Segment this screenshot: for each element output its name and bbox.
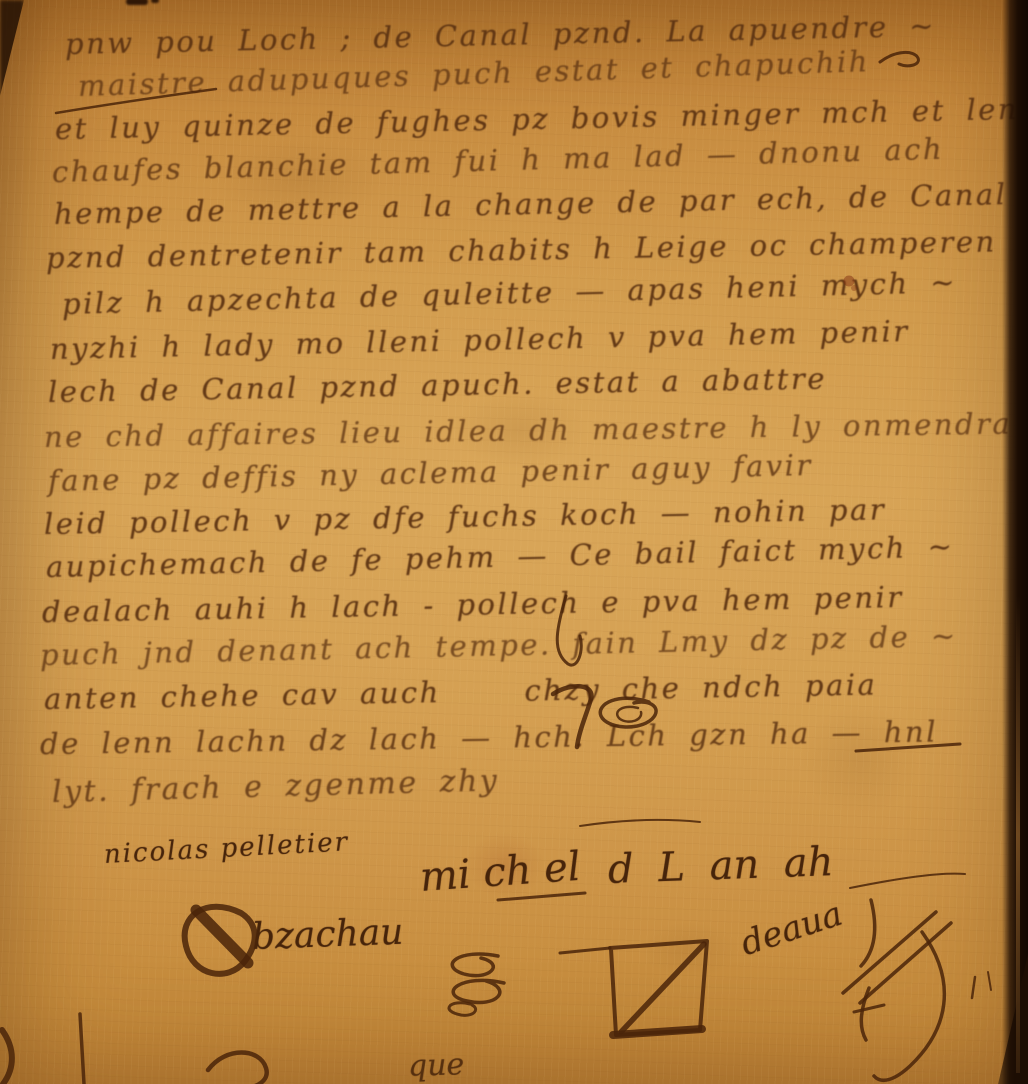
bottom-flourish <box>208 1053 267 1084</box>
delanach-tail <box>850 874 965 888</box>
page-edge-shadow <box>1002 0 1028 1084</box>
long-dash <box>856 744 960 751</box>
page-edge-highlight <box>1016 596 1020 1073</box>
initial-slash <box>196 910 248 963</box>
top-edge-mark <box>151 0 159 3</box>
top-edge-mark <box>126 0 148 5</box>
ink-flourish-overlay <box>0 0 1028 1084</box>
tick-mark <box>988 972 991 990</box>
paraph-swirl <box>453 980 504 1002</box>
paraph-swirl <box>452 954 498 976</box>
ink-blot <box>844 276 855 287</box>
paraph-swirl <box>449 1003 476 1016</box>
line-end-tilde <box>880 52 918 65</box>
manuscript-page: pnw pou Loch ; de Canal pznd. La apuendr… <box>0 0 1028 1084</box>
signature-flourish <box>843 912 936 993</box>
bottom-stroke <box>80 1014 84 1084</box>
notary-square-mark <box>560 948 610 953</box>
underline-flourish <box>56 89 216 113</box>
ghost-showthrough <box>580 820 700 826</box>
ink-blot <box>851 285 857 291</box>
signature-f-glyph <box>861 988 869 1040</box>
tick-mark <box>972 977 975 998</box>
bottom-edge-stroke <box>2 1030 12 1084</box>
michel-underline <box>498 893 585 900</box>
paragraph-flourish <box>553 686 591 747</box>
notary-square-mark <box>621 944 704 1032</box>
circled-scribble-inner <box>617 707 641 722</box>
signature-flourish <box>861 900 875 966</box>
descender-stroke <box>557 596 581 665</box>
signature-f-glyph <box>854 1005 884 1012</box>
